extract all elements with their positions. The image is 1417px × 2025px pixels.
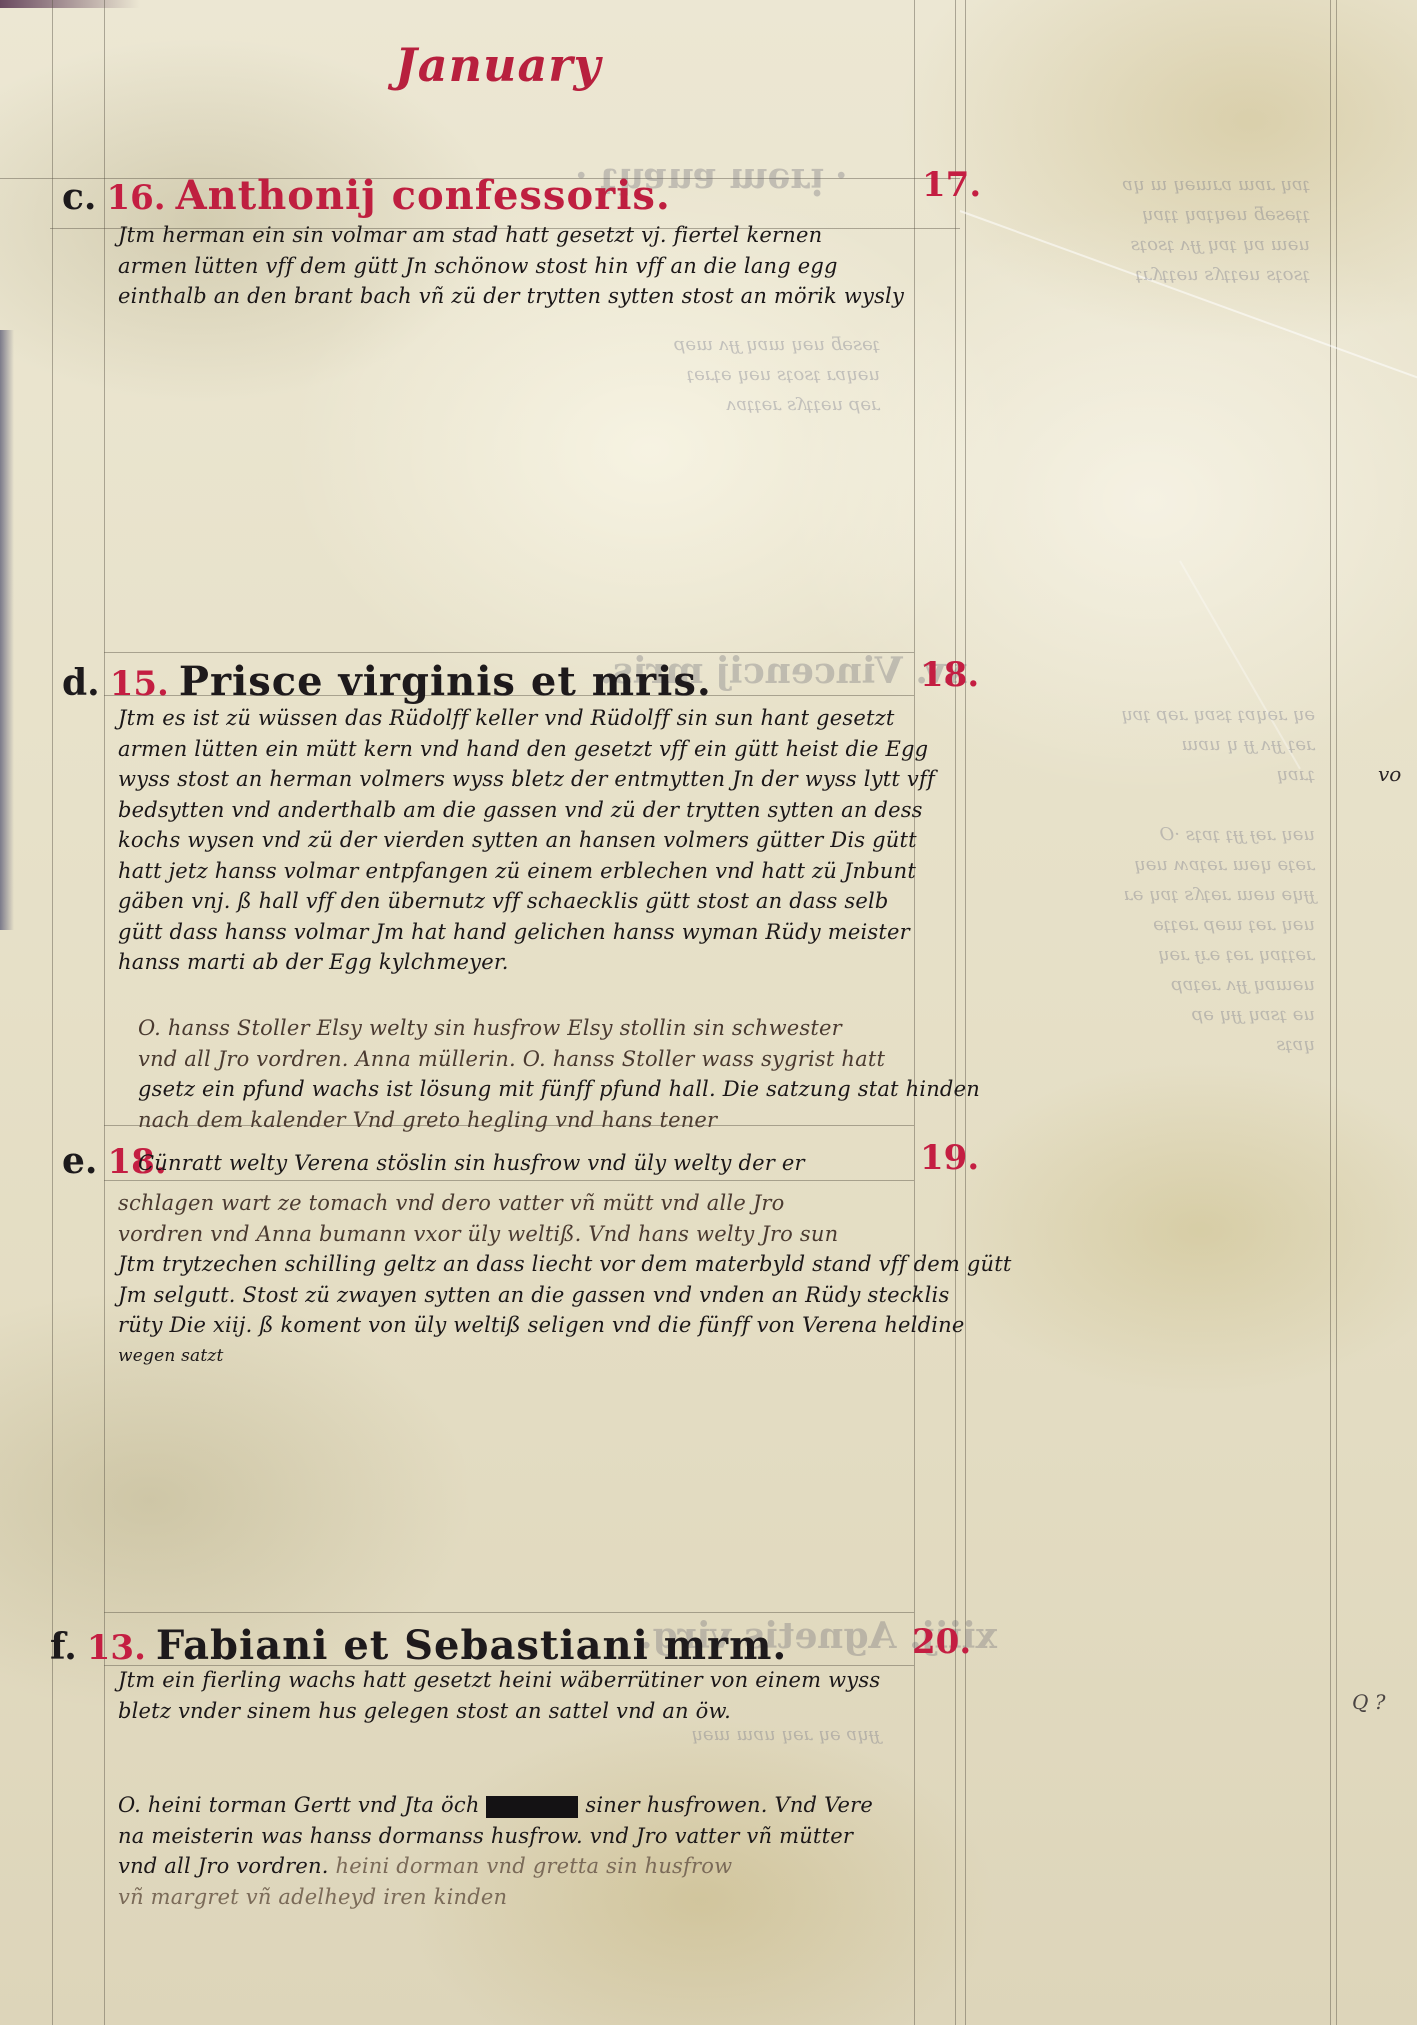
redaction-block: [486, 1796, 578, 1818]
ruling-vertical: [104, 0, 105, 2025]
text-line: O. hanss Stoller Elsy welty sin husfrow …: [138, 1013, 980, 1044]
feast-name: Prisce virginis et mris.: [179, 658, 712, 705]
text-line: wegen satzt: [118, 1341, 1011, 1372]
entry-text: Jtm herman ein sin volmar am stad hatt g…: [118, 220, 904, 312]
text-line: rüty Die xiij. ß koment von üly weltiß s…: [118, 1310, 1011, 1341]
text-line: gäben vnj. ß hall vff den übernutz vff s…: [118, 886, 935, 917]
text-line: gütt dass hanss volmar Jm hat hand gelic…: [118, 917, 935, 948]
ruling-vertical: [1330, 0, 1331, 2025]
day-number: 20.: [912, 1622, 971, 1662]
entry-addition: O. heini torman Gertt vnd Jta öch siner …: [118, 1790, 873, 1912]
show-through-text: ʇǝsǝƃ uǝɥ ɯɐɥ ɟɟʌ ɯǝp uǝɥɐɹ ʇsoʇs uǝɥ ǝʇ…: [580, 330, 880, 420]
show-through-text: ʇɐɥ ɹɐɯ ɐɹɯǝɥ ɯ ɥɐ ʇʇǝsǝƃ uǝɥʇɐɥ ʇʇɐɥ uǝ…: [970, 170, 1310, 290]
dominical-letter: f.: [50, 1626, 77, 1668]
text-line: Jtm es ist zü wüssen das Rüdolff keller …: [118, 703, 935, 734]
text-line: schlagen wart ze tomach vnd dero vatter …: [118, 1188, 1011, 1219]
show-through-text: ǝɥ ɹǝɥɐʇ ʇsɐɥ ɹǝp ʇɐɥ ɹǝʇ ɟɟʌ ɟɟ ɥ uɐɯ ʇ…: [985, 700, 1315, 1060]
text-segment: vnd all Jro vordren.: [118, 1854, 329, 1878]
text-line: einthalb an den brant bach vñ zü der try…: [118, 281, 904, 312]
entry-text: Jtm ein fierling wachs hatt gesetzt hein…: [118, 1665, 880, 1726]
month-title: January: [395, 38, 601, 92]
text-line: bedsytten vnd anderthalb am die gassen v…: [118, 795, 935, 826]
entry-text: Cünratt welty Verena stöslin sin husfrow…: [138, 1148, 805, 1179]
text-line: Jtm herman ein sin volmar am stad hatt g…: [118, 220, 904, 251]
dominical-letter: e.: [62, 1140, 97, 1182]
margin-mark: vo: [1378, 762, 1401, 786]
ruling-vertical: [1336, 0, 1337, 2025]
text-line: gsetz ein pfund wachs ist lösung mit fün…: [138, 1074, 980, 1105]
text-segment: O. heini torman Gertt vnd Jta öch: [118, 1793, 480, 1817]
text-line: armen lütten vff dem gütt Jn schönow sto…: [118, 251, 904, 282]
calendar-entry-20-header: f. 13. Fabiani et Sebastiani mrm.: [50, 1622, 787, 1669]
text-line: Jtm trytzechen schilling geltz an dass l…: [118, 1249, 1011, 1280]
text-line: na meisterin was hanss dormanss husfrow.…: [118, 1821, 873, 1852]
text-line: bletz vnder sinem hus gelegen stost an s…: [118, 1696, 880, 1727]
ruling-vertical: [52, 0, 53, 2025]
day-number: 18.: [920, 655, 979, 695]
text-line: Jm selgutt. Stost zü zwayen sytten an di…: [118, 1280, 1011, 1311]
later-hand-text: heini dorman vnd gretta sin husfrow: [335, 1854, 732, 1878]
text-line: Cünratt welty Verena stöslin sin husfrow…: [138, 1148, 805, 1179]
text-line: vordren vnd Anna bumann vxor üly weltiß.…: [118, 1219, 1011, 1250]
entry-text: Jtm es ist zü wüssen das Rüdolff keller …: [118, 703, 935, 978]
text-line: Jtm ein fierling wachs hatt gesetzt hein…: [118, 1665, 880, 1696]
entry-text: schlagen wart ze tomach vnd dero vatter …: [118, 1188, 1011, 1371]
calendar-entry-18-header: d. 15. Prisce virginis et mris.: [62, 658, 712, 705]
day-number: 17.: [922, 165, 981, 205]
golden-number: 13.: [87, 1628, 146, 1668]
text-segment: siner husfrowen. Vnd Vere: [585, 1793, 873, 1817]
calendar-entry-17-header: c. 16. Anthonij confessoris.: [62, 172, 671, 219]
binding-shadow: [0, 330, 14, 930]
day-number: 19.: [920, 1138, 979, 1178]
text-line: hanss marti ab der Egg kylchmeyer.: [118, 947, 935, 978]
ruling-horizontal: [104, 1612, 914, 1613]
text-line: kochs wysen vnd zü der vierden sytten an…: [118, 825, 935, 856]
margin-mark: Q ?: [1352, 1690, 1385, 1714]
text-line: armen lütten ein mütt kern vnd hand den …: [118, 734, 935, 765]
text-line: hatt jetz hanss volmar entpfangen zü ein…: [118, 856, 935, 887]
feast-name: Fabiani et Sebastiani mrm.: [156, 1622, 787, 1669]
text-line: wyss stost an herman volmers wyss bletz …: [118, 764, 935, 795]
feast-name: Anthonij confessoris.: [176, 172, 671, 219]
golden-number: 16.: [106, 178, 165, 218]
golden-number: 15.: [110, 664, 169, 704]
dominical-letter: c.: [62, 176, 96, 218]
later-hand-text: vñ margret vñ adelheyd iren kinden: [118, 1882, 873, 1913]
text-line: nach dem kalender Vnd greto hegling vnd …: [138, 1105, 980, 1136]
parchment-page: January · ᴉɹǝɯ ɐuɐɥʇ · ʇɐɥ ɹɐɯ ɐɹɯǝɥ ɯ ɥ…: [0, 0, 1417, 2025]
ruling-horizontal: [104, 1180, 914, 1181]
text-line: vnd all Jro vordren. Anna müllerin. O. h…: [138, 1044, 980, 1075]
dominical-letter: d.: [62, 662, 100, 704]
page-top-edge: [0, 0, 140, 8]
entry-addition: O. hanss Stoller Elsy welty sin husfrow …: [138, 1013, 980, 1135]
